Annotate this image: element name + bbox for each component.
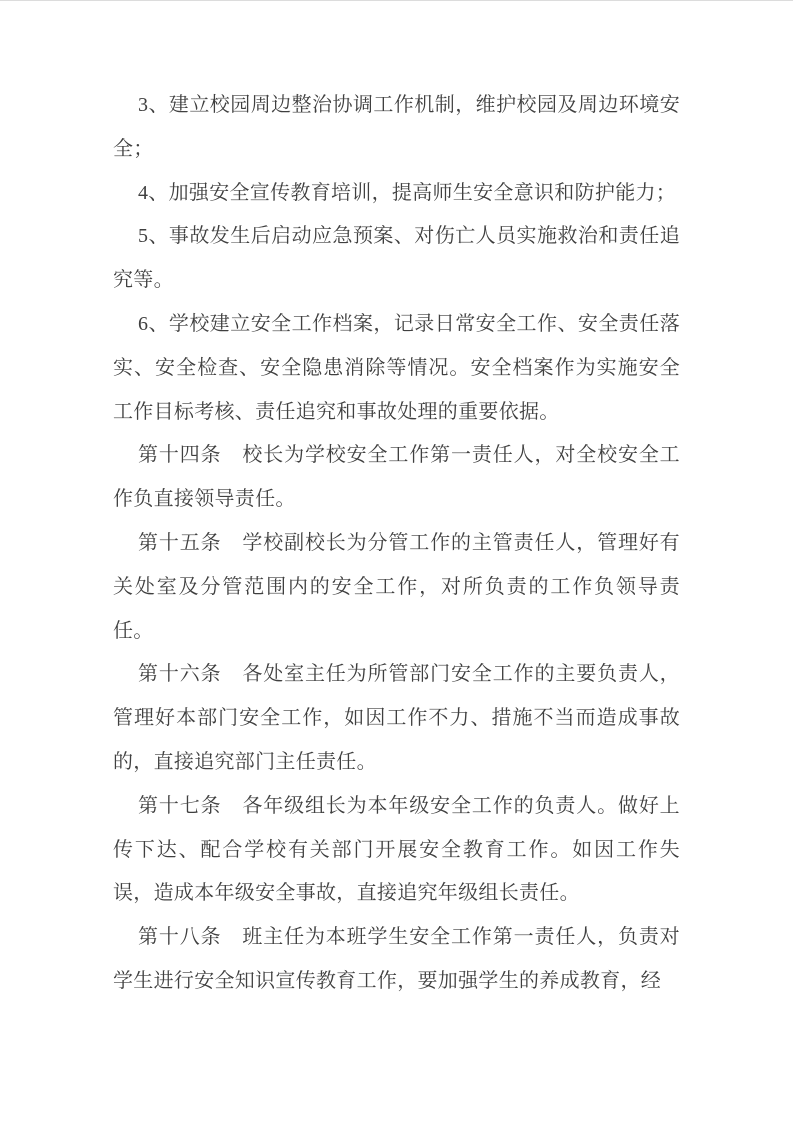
paragraph-item-5: 5、事故发生后启动应急预案、对伤亡人员实施救治和责任追究等。 [113,215,680,303]
paragraph-article-17: 第十七条 各年级组长为本年级安全工作的负责人。做好上传下达、配合学校有关部门开展… [113,785,680,916]
paragraph-item-3: 3、建立校园周边整治协调工作机制，维护校园及周边环境安全； [113,84,680,172]
document-text-block: 3、建立校园周边整治协调工作机制，维护校园及周边环境安全； 4、加强安全宣传教育… [113,84,680,1004]
paragraph-article-18: 第十八条 班主任为本班学生安全工作第一责任人，负责对学生进行安全知识宣传教育工作… [113,916,680,1004]
paragraph-article-16: 第十六条 各处室主任为所管部门安全工作的主要负责人，管理好本部门安全工作，如因工… [113,653,680,784]
paragraph-item-4: 4、加强安全宣传教育培训，提高师生安全意识和防护能力； [113,172,680,216]
document-page: 3、建立校园周边整治协调工作机制，维护校园及周边环境安全； 4、加强安全宣传教育… [0,0,793,1122]
paragraph-article-14: 第十四条 校长为学校安全工作第一责任人，对全校安全工作负直接领导责任。 [113,434,680,522]
paragraph-item-6: 6、学校建立安全工作档案，记录日常安全工作、安全责任落实、安全检查、安全隐患消除… [113,303,680,434]
paragraph-article-15: 第十五条 学校副校长为分管工作的主管责任人，管理好有关处室及分管范围内的安全工作… [113,522,680,653]
